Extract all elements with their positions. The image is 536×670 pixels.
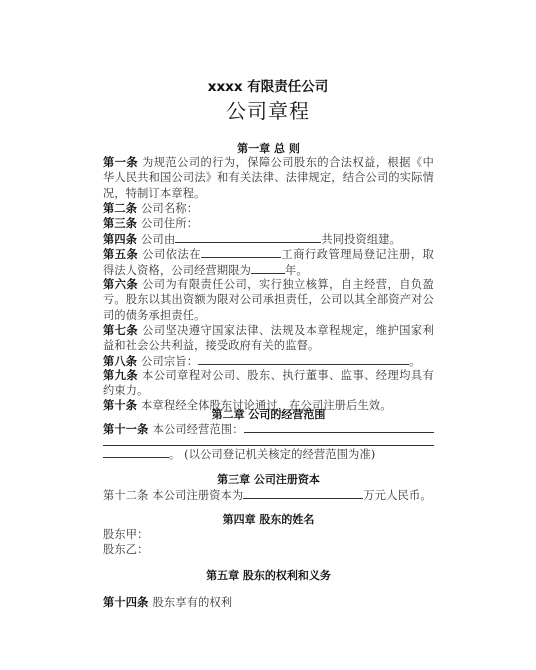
purpose-blank[interactable] bbox=[198, 353, 409, 365]
article-number: 第七条 bbox=[103, 324, 138, 337]
article-text: 公司宗旨： bbox=[141, 355, 198, 368]
article-number: 第二条 bbox=[103, 202, 137, 215]
article-text-post: 年。 bbox=[285, 264, 308, 277]
article-text-post: 。 bbox=[409, 355, 420, 368]
article-text: 公司坚决遵守国家法律、法规及本章程规定，维护国家利益和社会公共利益，接受政府有关… bbox=[103, 324, 434, 352]
chapter-5-heading: 第五章 股东的权利和义务 bbox=[103, 568, 434, 584]
investors-blank[interactable] bbox=[175, 231, 321, 243]
article-text: 股东享有的权利 bbox=[153, 596, 233, 609]
company-name: xxxx 有限责任公司 bbox=[0, 75, 536, 95]
chapter-3-heading: 第三章 公司注册资本 bbox=[103, 472, 434, 488]
article-2: 第二条公司名称： bbox=[103, 201, 434, 216]
article-text: 公司依法在 bbox=[142, 248, 201, 261]
article-text: 公司名称： bbox=[141, 202, 198, 215]
shareholder-b: 股东乙： bbox=[103, 542, 434, 557]
article-text: 公司由 bbox=[141, 233, 175, 246]
business-scope-blank-2[interactable] bbox=[103, 432, 434, 446]
article-6: 第六条公司为有限责任公司，实行独立核算，自主经营，自负盈亏。股东以其出资额为限对… bbox=[103, 277, 434, 323]
article-number: 第八条 bbox=[103, 355, 137, 368]
article-number: 第六条 bbox=[103, 278, 138, 291]
article-text: 公司住所： bbox=[141, 217, 198, 230]
article-1: 第一条为规范公司的行为，保障公司股东的合法权益，根据《中华人民共和国公司法》和有… bbox=[103, 155, 434, 201]
article-text-post: 。 (以公司登记机关核定的经营范围为准) bbox=[169, 448, 375, 461]
registered-capital-blank[interactable] bbox=[243, 487, 363, 499]
article-number: 第三条 bbox=[103, 217, 137, 230]
article-text: 为规范公司的行为，保障公司股东的合法权益，根据《中华人民共和国公司法》和有关法律… bbox=[103, 156, 434, 200]
article-7: 第七条公司坚决遵守国家法律、法规及本章程规定，维护国家利益和社会公共利益，接受政… bbox=[103, 323, 434, 354]
article-text-post: 万元人民币。 bbox=[363, 489, 431, 502]
article-text-post: 共同投资组建。 bbox=[321, 233, 401, 246]
article-11-cont: 。 (以公司登记机关核定的经营范围为准) bbox=[103, 446, 434, 462]
article-number: 第五条 bbox=[103, 248, 138, 261]
article-8: 第八条公司宗旨：。 bbox=[103, 353, 434, 369]
chapter-4-heading: 第四章 股东的姓名 bbox=[103, 512, 434, 528]
document-title: 公司章程 bbox=[0, 95, 536, 124]
term-years-blank[interactable] bbox=[251, 262, 285, 274]
article-number: 第一条 bbox=[103, 156, 138, 169]
article-3: 第三条公司住所： bbox=[103, 216, 434, 231]
article-9: 第九条本公司章程对公司、股东、执行董事、监事、经理均具有约束力。 bbox=[103, 368, 434, 399]
business-scope-blank-3[interactable] bbox=[103, 446, 169, 458]
article-4: 第四条公司由共同投资组建。 bbox=[103, 231, 434, 247]
article-text: 公司为有限责任公司，实行独立核算，自主经营，自负盈亏。股东以其出资额为限对公司承… bbox=[103, 278, 434, 322]
article-5: 第五条公司依法在工商行政管理局登记注册，取得法人资格，公司经营期限为年。 bbox=[103, 246, 434, 279]
article-text: 第十二条 本公司注册资本为 bbox=[103, 489, 243, 502]
article-number: 第四条 bbox=[103, 233, 137, 246]
article-text: 本公司章程对公司、股东、执行董事、监事、经理均具有约束力。 bbox=[103, 369, 434, 397]
article-14: 第十四条股东享有的权利 bbox=[103, 595, 434, 610]
shareholder-a: 股东甲： bbox=[103, 527, 434, 542]
article-number: 第十四条 bbox=[103, 596, 149, 609]
article-12: 第十二条 本公司注册资本为万元人民币。 bbox=[103, 487, 434, 503]
registration-bureau-blank[interactable] bbox=[201, 246, 281, 258]
article-number: 第九条 bbox=[103, 369, 138, 382]
